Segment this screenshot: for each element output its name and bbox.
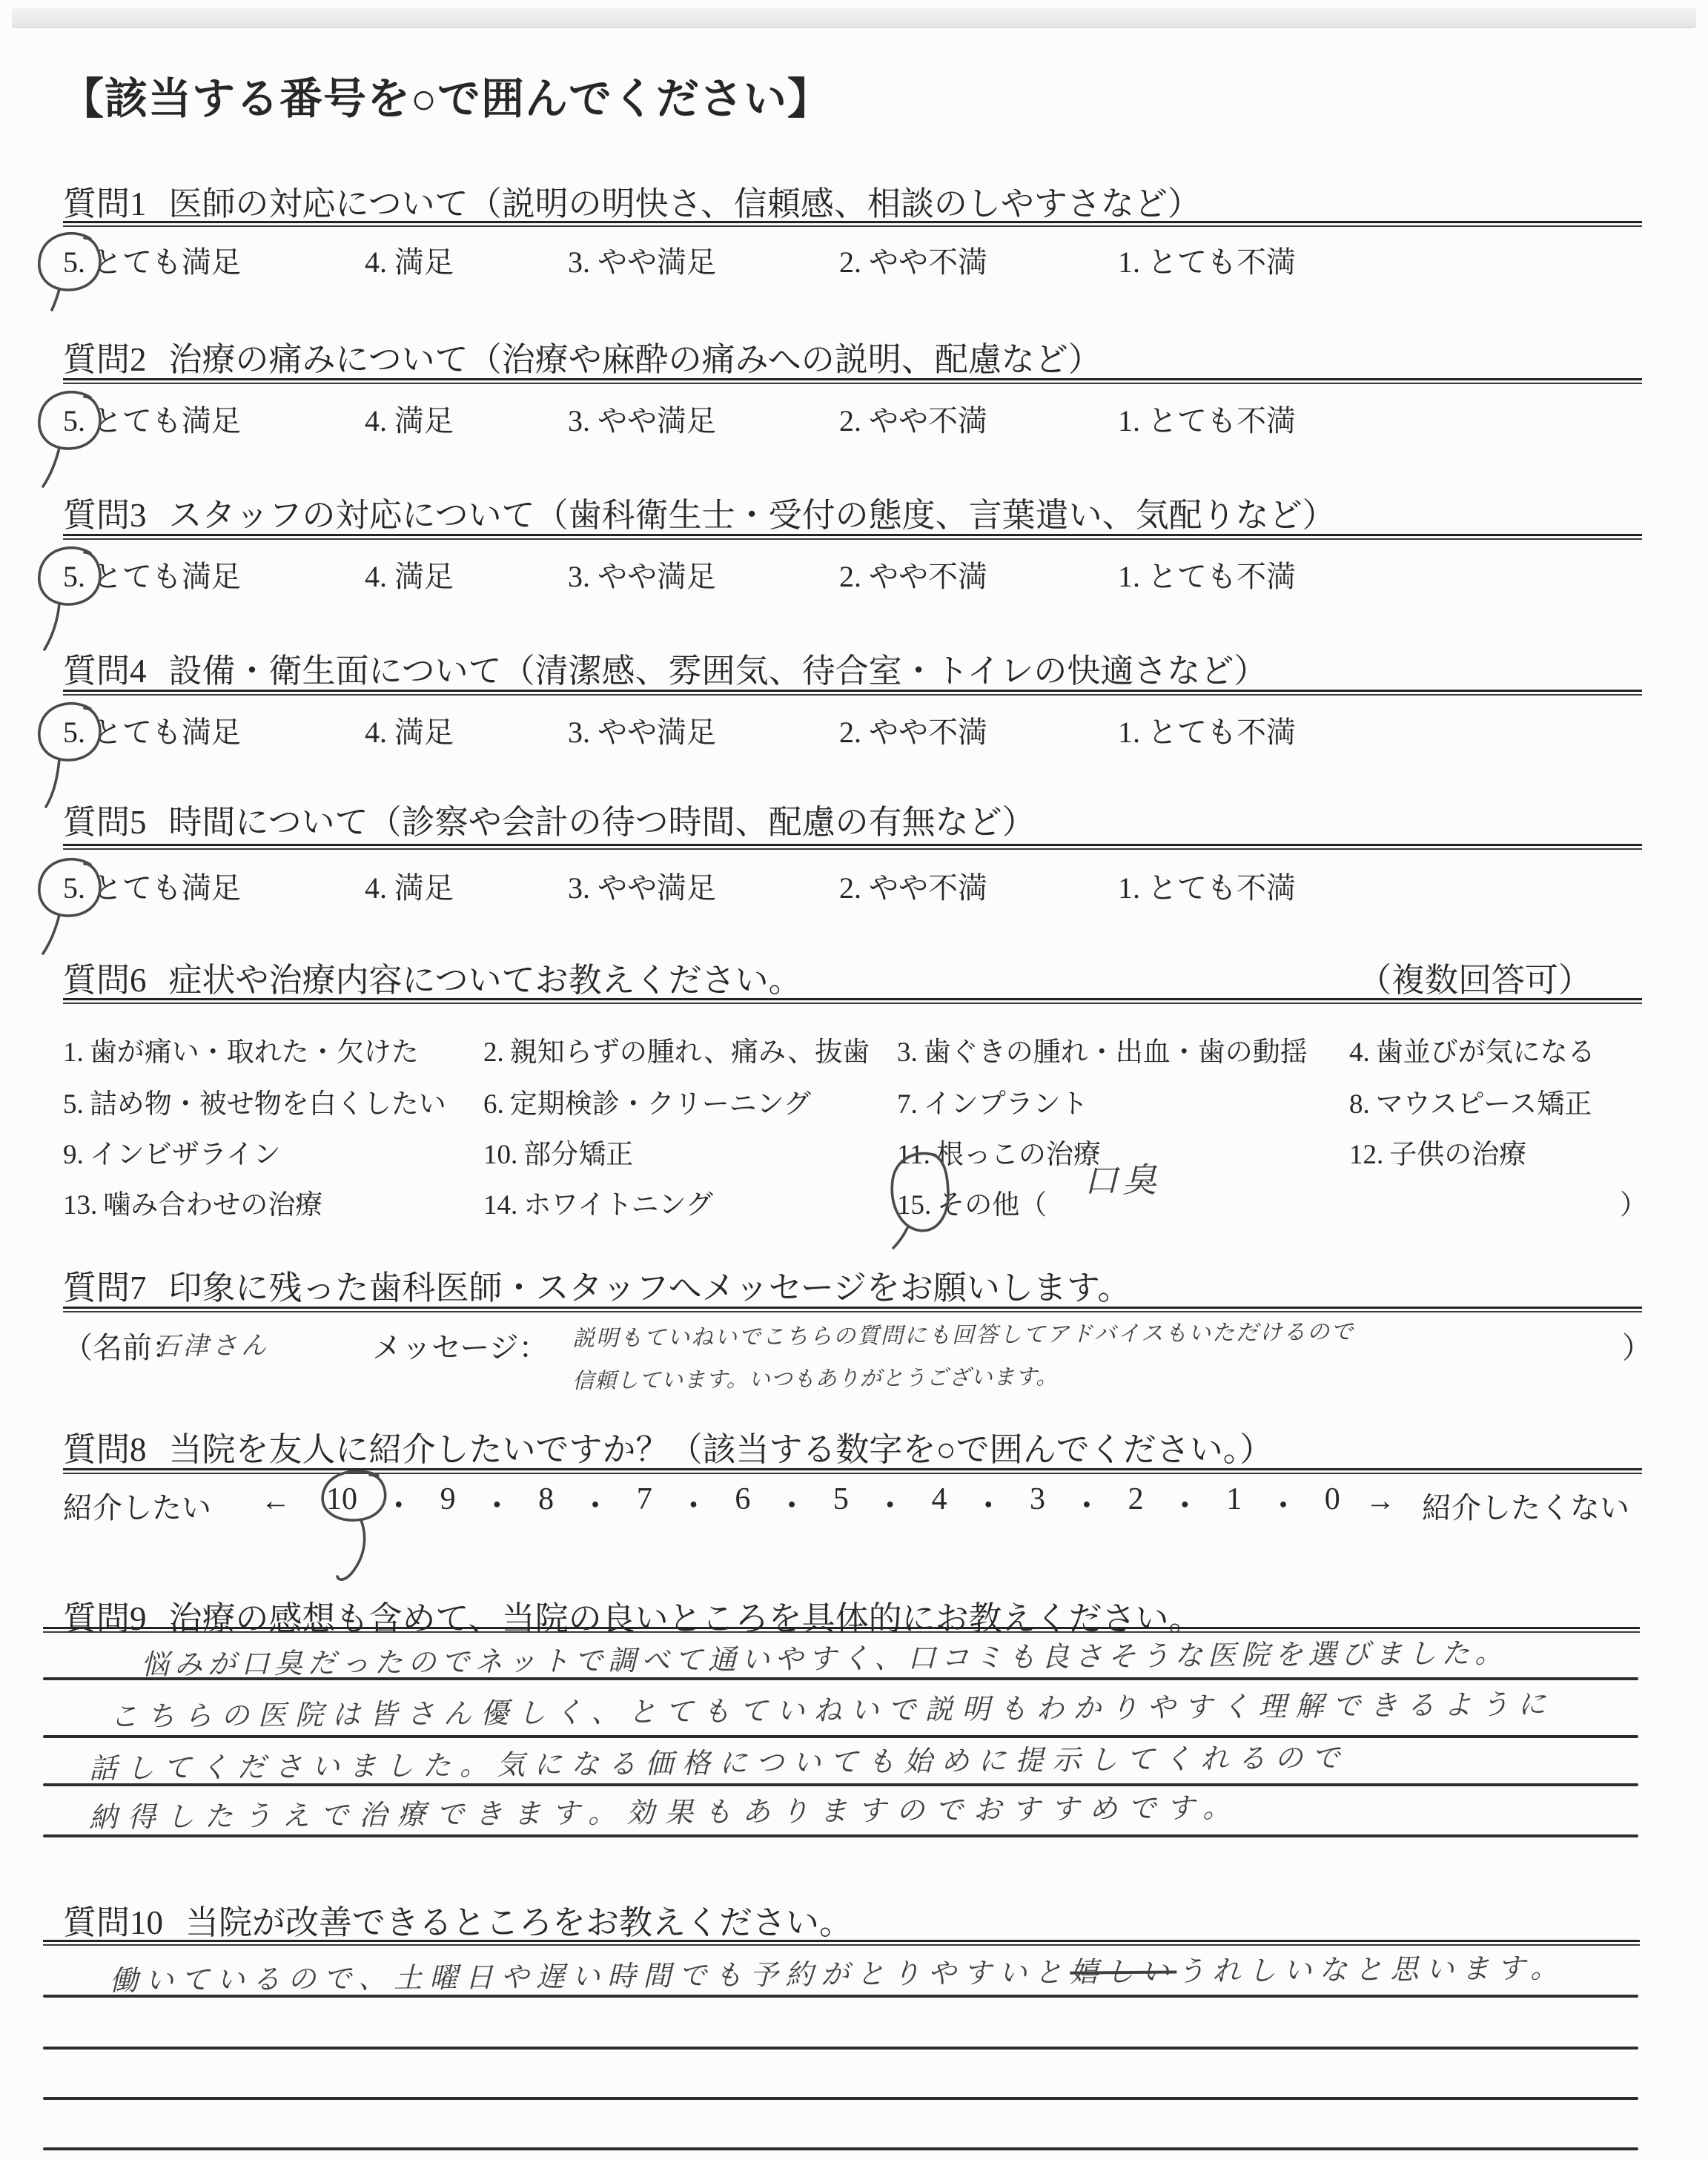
- q10-answer-after: うれしいなと思います。: [1176, 1952, 1566, 1988]
- q3-option-1: 1.とても不満: [1118, 553, 1296, 595]
- question-7-label: 質問7: [63, 1261, 147, 1309]
- handwritten-circle-q6-15: [884, 1148, 965, 1252]
- question-2-text: 治療の痛みについて（治療や麻酔の痛みへの説明、配慮など）: [169, 341, 1102, 378]
- divider-line: [63, 844, 1642, 850]
- q4-option-1: 1.とても不満: [1118, 709, 1296, 751]
- dot-separator: ・: [973, 1482, 1004, 1526]
- q8-number-8: 8: [538, 1482, 554, 1526]
- divider-line: [63, 1307, 1642, 1312]
- question-6-label: 質問6: [63, 953, 147, 1001]
- q8-number-7: 7: [637, 1482, 652, 1526]
- dot-separator: ・: [1268, 1482, 1299, 1526]
- answer-rule-line: [43, 1735, 1638, 1738]
- q8-number-3: 3: [1030, 1482, 1045, 1526]
- q6-option-1: 1.歯が痛い・取れた・欠けた: [63, 1029, 419, 1069]
- question-3-text: スタッフの対応について（歯科衛生士・受付の態度、言葉遣い、気配りなど）: [169, 497, 1336, 534]
- survey-scan-page: 【該当する番号を○で囲んでください】 質問1医師の対応について（説明の明快さ、信…: [0, 0, 1708, 2160]
- question-3-heading: 質問3スタッフの対応について（歯科衛生士・受付の態度、言葉遣い、気配りなど）: [63, 488, 1336, 536]
- answer-rule-line: [43, 1995, 1638, 1998]
- q7-name-handwritten: 石津さん: [154, 1325, 270, 1362]
- q3-option-3: 3.やや満足: [568, 553, 716, 595]
- q2-option-4: 4.満足: [365, 397, 454, 440]
- q1-option-1: 1.とても不満: [1118, 239, 1296, 281]
- q8-number-6: 6: [735, 1482, 750, 1526]
- q5-option-2: 2.やや不満: [839, 865, 987, 907]
- question-8-heading: 質問8当院を友人に紹介したいですか？（該当する数字を○で囲んでください。）: [63, 1422, 1273, 1470]
- question-2-label: 質問2: [63, 332, 147, 380]
- q7-close-paren: ）: [1622, 1324, 1652, 1367]
- q6-option-9: 9.インビザライン: [63, 1132, 281, 1172]
- q8-right-arrow-icon: →: [1366, 1483, 1395, 1518]
- question-1-text: 医師の対応について（説明の明快さ、信頼感、相談のしやすさなど）: [169, 185, 1201, 222]
- question-7-heading: 質問7印象に残った歯科医師・スタッフへメッセージをお願いします。: [63, 1261, 1131, 1309]
- handwritten-circle-q2-5: [33, 386, 114, 489]
- divider-line: [63, 1468, 1642, 1474]
- question-1-heading: 質問1医師の対応について（説明の明快さ、信頼感、相談のしやすさなど）: [63, 176, 1201, 225]
- question-5-label: 質問5: [63, 795, 147, 843]
- q6-option-3: 3.歯ぐきの腫れ・出血・歯の動揺: [897, 1029, 1308, 1069]
- q8-left-label: 紹介したい: [63, 1484, 211, 1527]
- q2-option-2: 2.やや不満: [839, 397, 987, 440]
- q6-option-12: 12.子供の治療: [1349, 1132, 1526, 1172]
- handwritten-circle-q3-5: [33, 541, 114, 653]
- q5-option-3: 3.やや満足: [568, 865, 716, 907]
- q6-option-13: 13.噛み合わせの治療: [63, 1182, 322, 1222]
- question-6-text: 症状や治療内容についてお教えください。: [169, 962, 802, 999]
- q8-number-4: 4: [931, 1482, 947, 1526]
- q6-option-4: 4.歯並びが気になる: [1349, 1029, 1595, 1069]
- answer-rule-line: [43, 1677, 1638, 1680]
- question-6-note: （複数回答可）: [1358, 953, 1592, 1001]
- q8-number-9: 9: [440, 1482, 456, 1526]
- q9-answer-line-4: 納得したうえで治療できます。効果もありますのでおすすめです。: [89, 1784, 1242, 1835]
- q8-right-label: 紹介したくない: [1422, 1484, 1629, 1527]
- q10-answer-before: 働いているので、土曜日や遅い時間でも予約がとりやすいと: [110, 1956, 1070, 1997]
- question-4-text: 設備・衛生面について（清潔感、雰囲気、待合室・トイレの快適さなど）: [169, 653, 1268, 690]
- q6-option-6: 6.定期検診・クリーニング: [483, 1081, 811, 1121]
- handwritten-circle-q5-5: [33, 853, 114, 957]
- q2-option-3: 3.やや満足: [568, 397, 716, 440]
- dot-separator: ・: [481, 1482, 512, 1526]
- question-7-text: 印象に残った歯科医師・スタッフへメッセージをお願いします。: [169, 1269, 1131, 1307]
- q9-answer-line-2: こちらの医院は皆さん優しく、とてもていねいで説明もわかりやすく理解できるように: [110, 1681, 1555, 1734]
- answer-rule-line: [43, 1834, 1638, 1837]
- dot-separator: ・: [776, 1482, 807, 1526]
- answer-rule-line: [43, 2047, 1638, 2050]
- answer-rule-line: [43, 1783, 1638, 1786]
- form-title: 【該当する番号を○で囲んでください】: [61, 64, 831, 126]
- q9-answer-line-3: 話してくださいました。気になる価格についても始めに提示してくれるので: [89, 1734, 1349, 1786]
- q5-option-1: 1.とても不満: [1118, 865, 1296, 907]
- divider-line: [63, 534, 1642, 540]
- question-3-label: 質問3: [63, 488, 147, 536]
- divider-line: [63, 378, 1642, 384]
- question-4-label: 質問4: [63, 644, 147, 692]
- question-10-label: 質問10: [63, 1895, 163, 1943]
- q6-other-close-paren: ）: [1620, 1182, 1647, 1222]
- q5-option-4: 4.満足: [365, 865, 454, 907]
- q6-option-10: 10.部分矯正: [483, 1132, 633, 1172]
- dot-separator: ・: [1169, 1482, 1200, 1526]
- q1-option-2: 2.やや不満: [839, 239, 987, 281]
- q4-option-2: 2.やや不満: [839, 709, 987, 751]
- q6-other-handwritten-answer: 口臭: [1084, 1153, 1162, 1203]
- handwritten-circle-q1-5: [33, 227, 114, 316]
- question-8-label: 質問8: [63, 1422, 147, 1470]
- q7-message-label: メッセージ：: [372, 1324, 549, 1367]
- question-10-text: 当院が改善できるところをお教えください。: [185, 1904, 853, 1941]
- answer-rule-line: [43, 2097, 1638, 2100]
- scan-artifact-band: [12, 7, 1696, 28]
- q4-option-4: 4.満足: [365, 709, 454, 751]
- divider-line: [63, 690, 1642, 696]
- q8-left-arrow-icon: ←: [261, 1483, 291, 1518]
- q3-option-4: 4.満足: [365, 553, 454, 595]
- dot-separator: ・: [678, 1482, 709, 1526]
- divider-line: [63, 998, 1642, 1004]
- q6-option-5: 5.詰め物・被せ物を白くしたい: [63, 1081, 446, 1121]
- q2-option-1: 1.とても不満: [1118, 397, 1296, 440]
- question-6-heading: 質問6症状や治療内容についてお教えください。: [63, 953, 802, 1001]
- q10-answer-line: 働いているので、土曜日や遅い時間でも予約がとりやすいと嬉しいうれしいなと思います…: [110, 1945, 1566, 1998]
- q3-option-2: 2.やや不満: [839, 553, 987, 595]
- q8-number-2: 2: [1128, 1482, 1144, 1526]
- question-5-heading: 質問5時間について（診察や会計の待つ時間、配慮の有無など）: [63, 795, 1036, 843]
- dot-separator: ・: [875, 1482, 906, 1526]
- q8-number-0: 0: [1325, 1482, 1340, 1526]
- q10-answer-struck-word: 嬉しい: [1070, 1955, 1176, 1988]
- q6-option-8: 8.マウスピース矯正: [1349, 1081, 1592, 1121]
- q8-number-1: 1: [1226, 1482, 1242, 1526]
- q8-number-5: 5: [833, 1482, 849, 1526]
- q7-message-line-2: 信頼しています。いつもありがとうございます。: [572, 1360, 1059, 1395]
- divider-line: [63, 221, 1642, 227]
- question-8-text: 当院を友人に紹介したいですか？（該当する数字を○で囲んでください。）: [169, 1431, 1274, 1468]
- dot-separator: ・: [580, 1482, 611, 1526]
- q8-number-scale: 10・ 9・ 8・ 7・ 6・ 5・ 4・ 3・ 2・ 1・ 0: [326, 1482, 1340, 1526]
- q1-option-3: 3.やや満足: [568, 239, 716, 281]
- answer-rule-line: [43, 2147, 1638, 2150]
- q6-option-2: 2.親知らずの腫れ、痛み、抜歯: [483, 1029, 870, 1069]
- handwritten-circle-q8-10: [314, 1465, 403, 1591]
- question-1-label: 質問1: [63, 176, 147, 225]
- divider-line: [43, 1940, 1640, 1946]
- handwritten-circle-q4-5: [33, 697, 114, 808]
- question-2-heading: 質問2治療の痛みについて（治療や麻酔の痛みへの説明、配慮など）: [63, 332, 1102, 380]
- q7-message-line-1: 説明もていねいでこちらの質問にも回答してアドバイスもいただけるので: [572, 1313, 1354, 1353]
- q6-option-7: 7.インプラント: [897, 1081, 1088, 1121]
- dot-separator: ・: [1071, 1482, 1102, 1526]
- question-5-text: 時間について（診察や会計の待つ時間、配慮の有無など）: [169, 804, 1036, 841]
- q6-option-14: 14.ホワイトニング: [483, 1182, 713, 1222]
- q4-option-3: 3.やや満足: [568, 709, 716, 751]
- q1-option-4: 4.満足: [365, 239, 454, 281]
- question-4-heading: 質問4設備・衛生面について（清潔感、雰囲気、待合室・トイレの快適さなど）: [63, 644, 1267, 692]
- question-10-heading: 質問10当院が改善できるところをお教えください。: [63, 1895, 853, 1943]
